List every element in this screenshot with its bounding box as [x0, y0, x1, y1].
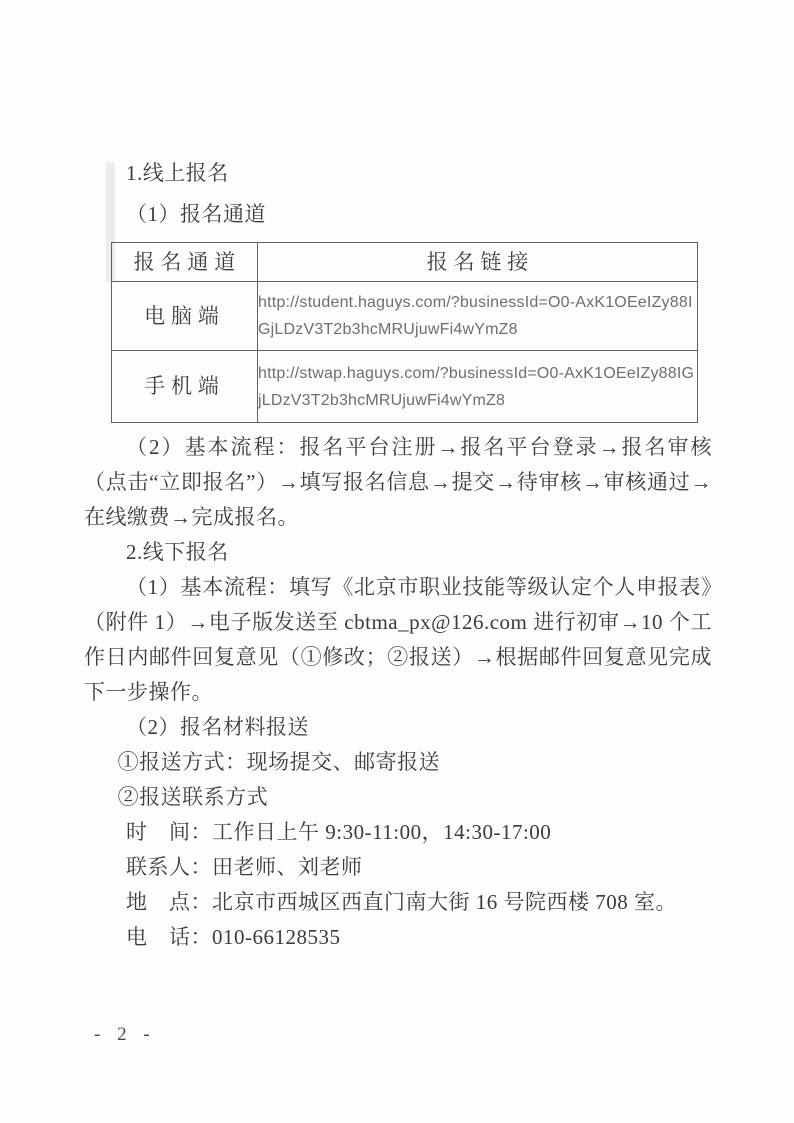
contact-phone-line: 电 话：010-66128535: [84, 920, 712, 955]
registration-url-pc: http://student.haguys.com/?businessId=O0…: [258, 282, 698, 351]
table-header-row: 报名通道 报名链接: [112, 243, 698, 282]
table-header-link: 报名链接: [258, 243, 698, 282]
submit-method-line: ①报送方式：现场提交、邮寄报送: [84, 745, 712, 780]
contact-address-line: 地 点：北京市西城区西直门南大街 16 号院西楼 708 室。: [84, 885, 712, 920]
section-1-heading: 1.线上报名: [84, 156, 712, 191]
channel-label-pc: 电脑端: [112, 282, 258, 351]
section-2-item-2-heading: （2）报名材料报送: [84, 710, 712, 745]
registration-url-mobile: http://stwap.haguys.com/?businessId=O0-A…: [258, 351, 698, 423]
offline-flow-paragraph: （1）基本流程：填写《北京市职业技能等级认定个人申报表》（附件 1）→电子版发送…: [84, 570, 712, 710]
submit-contact-heading: ②报送联系方式: [84, 780, 712, 815]
document-page: 1.线上报名 （1）报名通道 报名通道 报名链接 电脑端 http://stud…: [0, 0, 794, 1123]
document-body: 1.线上报名 （1）报名通道 报名通道 报名链接 电脑端 http://stud…: [84, 156, 712, 955]
table-header-channel: 报名通道: [112, 243, 258, 282]
contact-person-line: 联系人：田老师、刘老师: [84, 850, 712, 885]
contact-time-line: 时 间：工作日上午 9:30-11:00，14:30-17:00: [84, 815, 712, 850]
table-row-pc: 电脑端 http://student.haguys.com/?businessI…: [112, 282, 698, 351]
table-row-mobile: 手机端 http://stwap.haguys.com/?businessId=…: [112, 351, 698, 423]
section-1-item-1-heading: （1）报名通道: [84, 197, 712, 232]
page-number: - 2 -: [94, 1024, 156, 1046]
registration-channel-table: 报名通道 报名链接 电脑端 http://student.haguys.com/…: [111, 242, 698, 423]
section-2-heading: 2.线下报名: [84, 535, 712, 570]
online-flow-paragraph: （2）基本流程：报名平台注册→报名平台登录→报名审核（点击“立即报名”）→填写报…: [84, 430, 712, 535]
channel-label-mobile: 手机端: [112, 351, 258, 423]
